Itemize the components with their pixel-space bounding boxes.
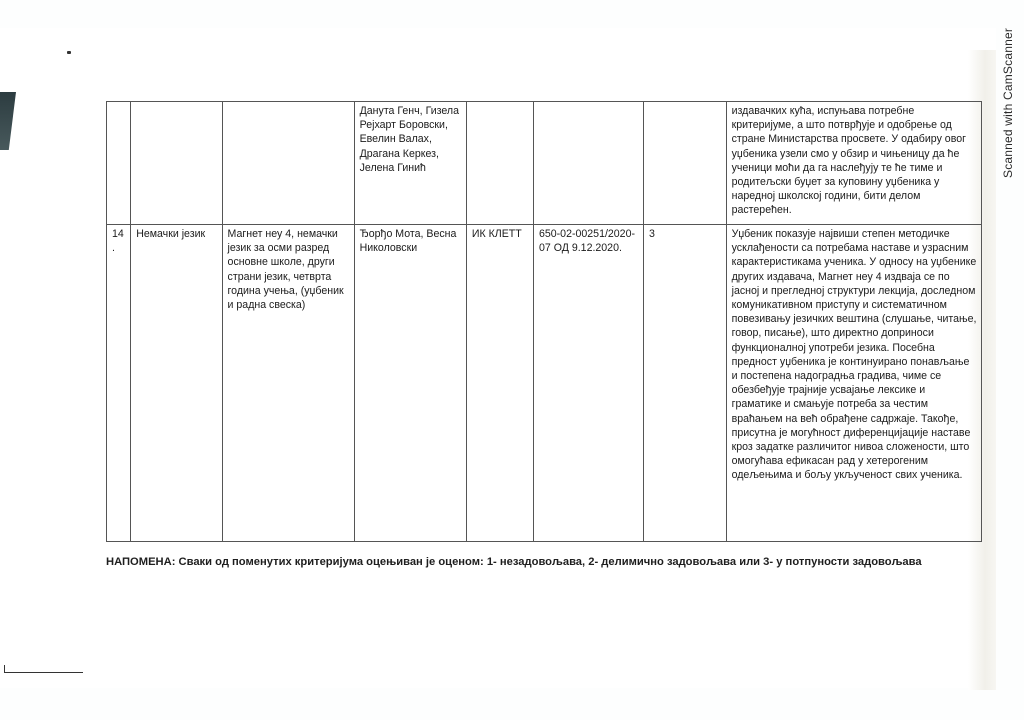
cell-number: [107, 102, 131, 225]
cell-title: Магнет неу 4, немачки језик за осми разр…: [222, 225, 354, 542]
cell-approval: [533, 102, 643, 225]
camscanner-watermark: Scanned with CamScanner: [998, 8, 1018, 198]
cell-publisher: [466, 102, 533, 225]
cell-subject: Немачки језик: [131, 225, 222, 542]
cell-explanation: издавачких кућа, испуњава потребне крите…: [726, 102, 981, 225]
table-row-14: 14. Немачки језик Магнет неу 4, немачки …: [107, 225, 982, 542]
cell-grade: 3: [644, 225, 727, 542]
cell-grade: [644, 102, 727, 225]
cell-number: 14.: [107, 225, 131, 542]
dust-speck: [67, 51, 71, 54]
cell-approval: 650-02-00251/2020-07 ОД 9.12.2020.: [533, 225, 643, 542]
cell-title: [222, 102, 354, 225]
crop-corner-mark: [4, 665, 83, 673]
cell-explanation: Уџбеник показује највиши степен методичк…: [726, 225, 981, 542]
table-row-continued: Данута Генч, Гизела Рејхарт Боровски, Ев…: [107, 102, 982, 225]
cell-subject: [131, 102, 222, 225]
textbook-evaluation-table: Данута Генч, Гизела Рејхарт Боровски, Ев…: [106, 101, 982, 542]
cell-authors: Данута Генч, Гизела Рејхарт Боровски, Ев…: [354, 102, 466, 225]
cell-authors: Ђорђо Мота, Весна Николовски: [354, 225, 466, 542]
cell-publisher: ИК КЛЕТТ: [466, 225, 533, 542]
grading-note: НАПОМЕНА: Сваки од поменутих критеријума…: [106, 554, 936, 571]
